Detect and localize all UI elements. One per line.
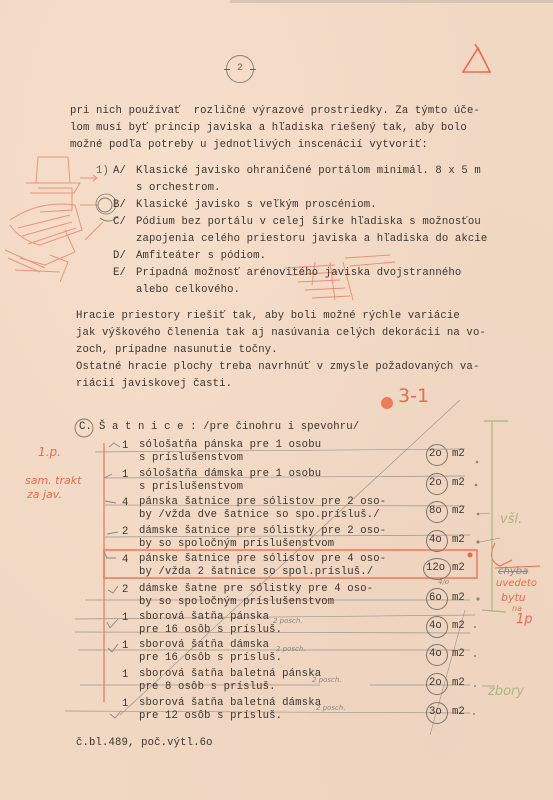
item-unit: m2: [452, 676, 465, 690]
item-unit: m2: [452, 647, 465, 661]
option-b-line-1: Klasické javisko s veľkým proscéniom.: [136, 197, 377, 214]
item-description-line: dámske šatnice pre sólistky pre 2 oso-: [139, 524, 386, 538]
section-label: C.: [79, 419, 92, 436]
item-area: 2o: [429, 676, 442, 690]
item-quantity: 2: [122, 524, 129, 541]
paragraph-line-3: zoch, prípadne nasunutie točny.: [76, 342, 278, 359]
section-title: Š a t n i c e : /pre činohru i spevohru/: [99, 419, 359, 436]
option-e-letter: E/: [113, 265, 126, 282]
intro-line-2: lom musí byť princíp javiska a hľadiska …: [70, 120, 467, 137]
item-quantity: 1: [122, 467, 129, 484]
item-description-line: pánska šatnice pre sólistov pre 2 oso-: [139, 495, 386, 509]
item-description-line: pre 8 osôb s prísluš.: [139, 680, 276, 694]
page-edge-shadow: [230, 0, 553, 3]
item-quantity: 4: [122, 552, 129, 569]
option-d-line-1: Amfiteáter s pódiom.: [136, 248, 266, 265]
item-description-line: sólošatňa pánska pre 1 osobu: [139, 438, 321, 452]
item-quantity: 1: [122, 438, 129, 455]
item-description-line: dámske šatne pre sólistky pre 4 oso-: [139, 582, 373, 596]
item-area: 6o: [429, 591, 442, 605]
red-note-bytu: bytu: [501, 591, 526, 604]
item-quantity: 2: [122, 582, 129, 599]
item-quantity: 4: [122, 495, 129, 512]
option-e-line-2: alebo celkového.: [136, 282, 240, 299]
item-description-line: sborová šatňa pánska: [139, 610, 269, 624]
item-description-line: by so spoločným príslušenstvom: [139, 595, 334, 609]
green-note-vsl: všl.: [500, 512, 522, 527]
option-d-letter: D/: [113, 248, 126, 265]
option-c-letter: C/: [113, 214, 126, 231]
option-a-marker: 1): [96, 163, 109, 180]
red-annotation-number: 3-1: [398, 385, 429, 407]
item-area: 4o: [429, 619, 442, 633]
red-note-1p: 1p: [516, 612, 533, 627]
item-unit: m2: [452, 619, 465, 633]
item-area: 4o: [429, 647, 442, 661]
option-c-line-2: zapojenia celého priestoru javiska a hľa…: [136, 231, 487, 248]
item-area: 3o: [429, 705, 442, 719]
paragraph-line-1: Hracie priestory riešiť tak, aby boli mo…: [76, 308, 460, 325]
item-description-line: pánske šatnice pre sólistov pre 4 oso-: [139, 552, 386, 566]
item-quantity: 1: [122, 638, 129, 655]
item-description-line: pre 12 osôb s prísluš.: [139, 709, 282, 723]
red-note-floor: 1.p.: [38, 445, 61, 459]
page-number: 2: [226, 55, 254, 83]
item-unit: m2: [452, 533, 465, 547]
item-quantity: 1: [122, 667, 129, 684]
option-a-letter: A/: [113, 163, 126, 180]
red-note-uvedeto: uvedeto: [496, 578, 537, 589]
option-a-line-2: s orchestrom.: [136, 180, 221, 197]
item-description-line: by so spoločným príslušenstvom: [139, 537, 334, 551]
item-area: 2o: [429, 447, 442, 461]
item-description-line: sborová šatňa baletná dámska: [139, 696, 321, 710]
intro-line-1: pri nich používať rozličné výrazové pros…: [70, 103, 480, 120]
item-area: 2o: [429, 476, 442, 490]
item-quantity: 1: [122, 696, 129, 713]
item-area: 8o: [429, 504, 442, 518]
item-unit: m2: [452, 476, 465, 490]
item-description-line: by /vždа 2 šatnice so spol.prísluš./: [139, 565, 373, 579]
item-description-line: s príslušenstvom: [139, 480, 243, 494]
item-unit: m2: [452, 561, 465, 575]
red-note-jav: za jav.: [27, 488, 62, 501]
item-area: 4o: [429, 533, 442, 547]
pencil-note-chyba: chyba: [498, 566, 528, 577]
item-description-line: pre 16 osôb s prísluš.: [139, 651, 282, 665]
item-description-line: sborová šatňa dámska: [139, 638, 269, 652]
item-description-line: sborová šatňa baletná pánska: [139, 667, 321, 681]
option-b-letter: B/: [113, 197, 126, 214]
item-unit: m2: [452, 591, 465, 605]
item-description-line: s príslušenstvom: [139, 451, 243, 465]
item-area: 12o: [426, 561, 445, 575]
item-quantity: 1: [122, 610, 129, 627]
option-e-line-1: Prípadná možnosť arénovitého javiska dvo…: [136, 265, 461, 282]
item-unit: m2: [452, 504, 465, 518]
footer-reference: č.bl.489, poč.výtl.6o: [76, 735, 213, 752]
item-unit: m2: [452, 447, 465, 461]
red-note-trakt: sam. trakt: [25, 474, 81, 487]
paragraph-line-5: riácií javiskovej časti.: [76, 376, 232, 393]
green-note-zbory: zbory: [488, 684, 524, 699]
option-c-line-1: Pódium bez portálu v celej šírke hľadisk…: [136, 214, 481, 231]
item-unit: m2: [452, 705, 465, 719]
paragraph-line-2: jak výškového členenia tak aj nasúvania …: [76, 325, 486, 342]
item-description-line: by /vždа dve šatnice so spo.prísluš./: [139, 508, 380, 522]
item-description-line: pre 16 osôb s prísluš.: [139, 623, 282, 637]
intro-line-3: možné podľa potreby u jednotlivých insce…: [70, 137, 428, 154]
item-description-line: sólošatňa dámska pre 1 osobu: [139, 467, 321, 481]
option-a-line-1: Klasické javisko ohraničené portálom min…: [136, 163, 481, 180]
paragraph-line-4: Ostatné hracie plochy treba navrhnúť v z…: [76, 359, 479, 376]
